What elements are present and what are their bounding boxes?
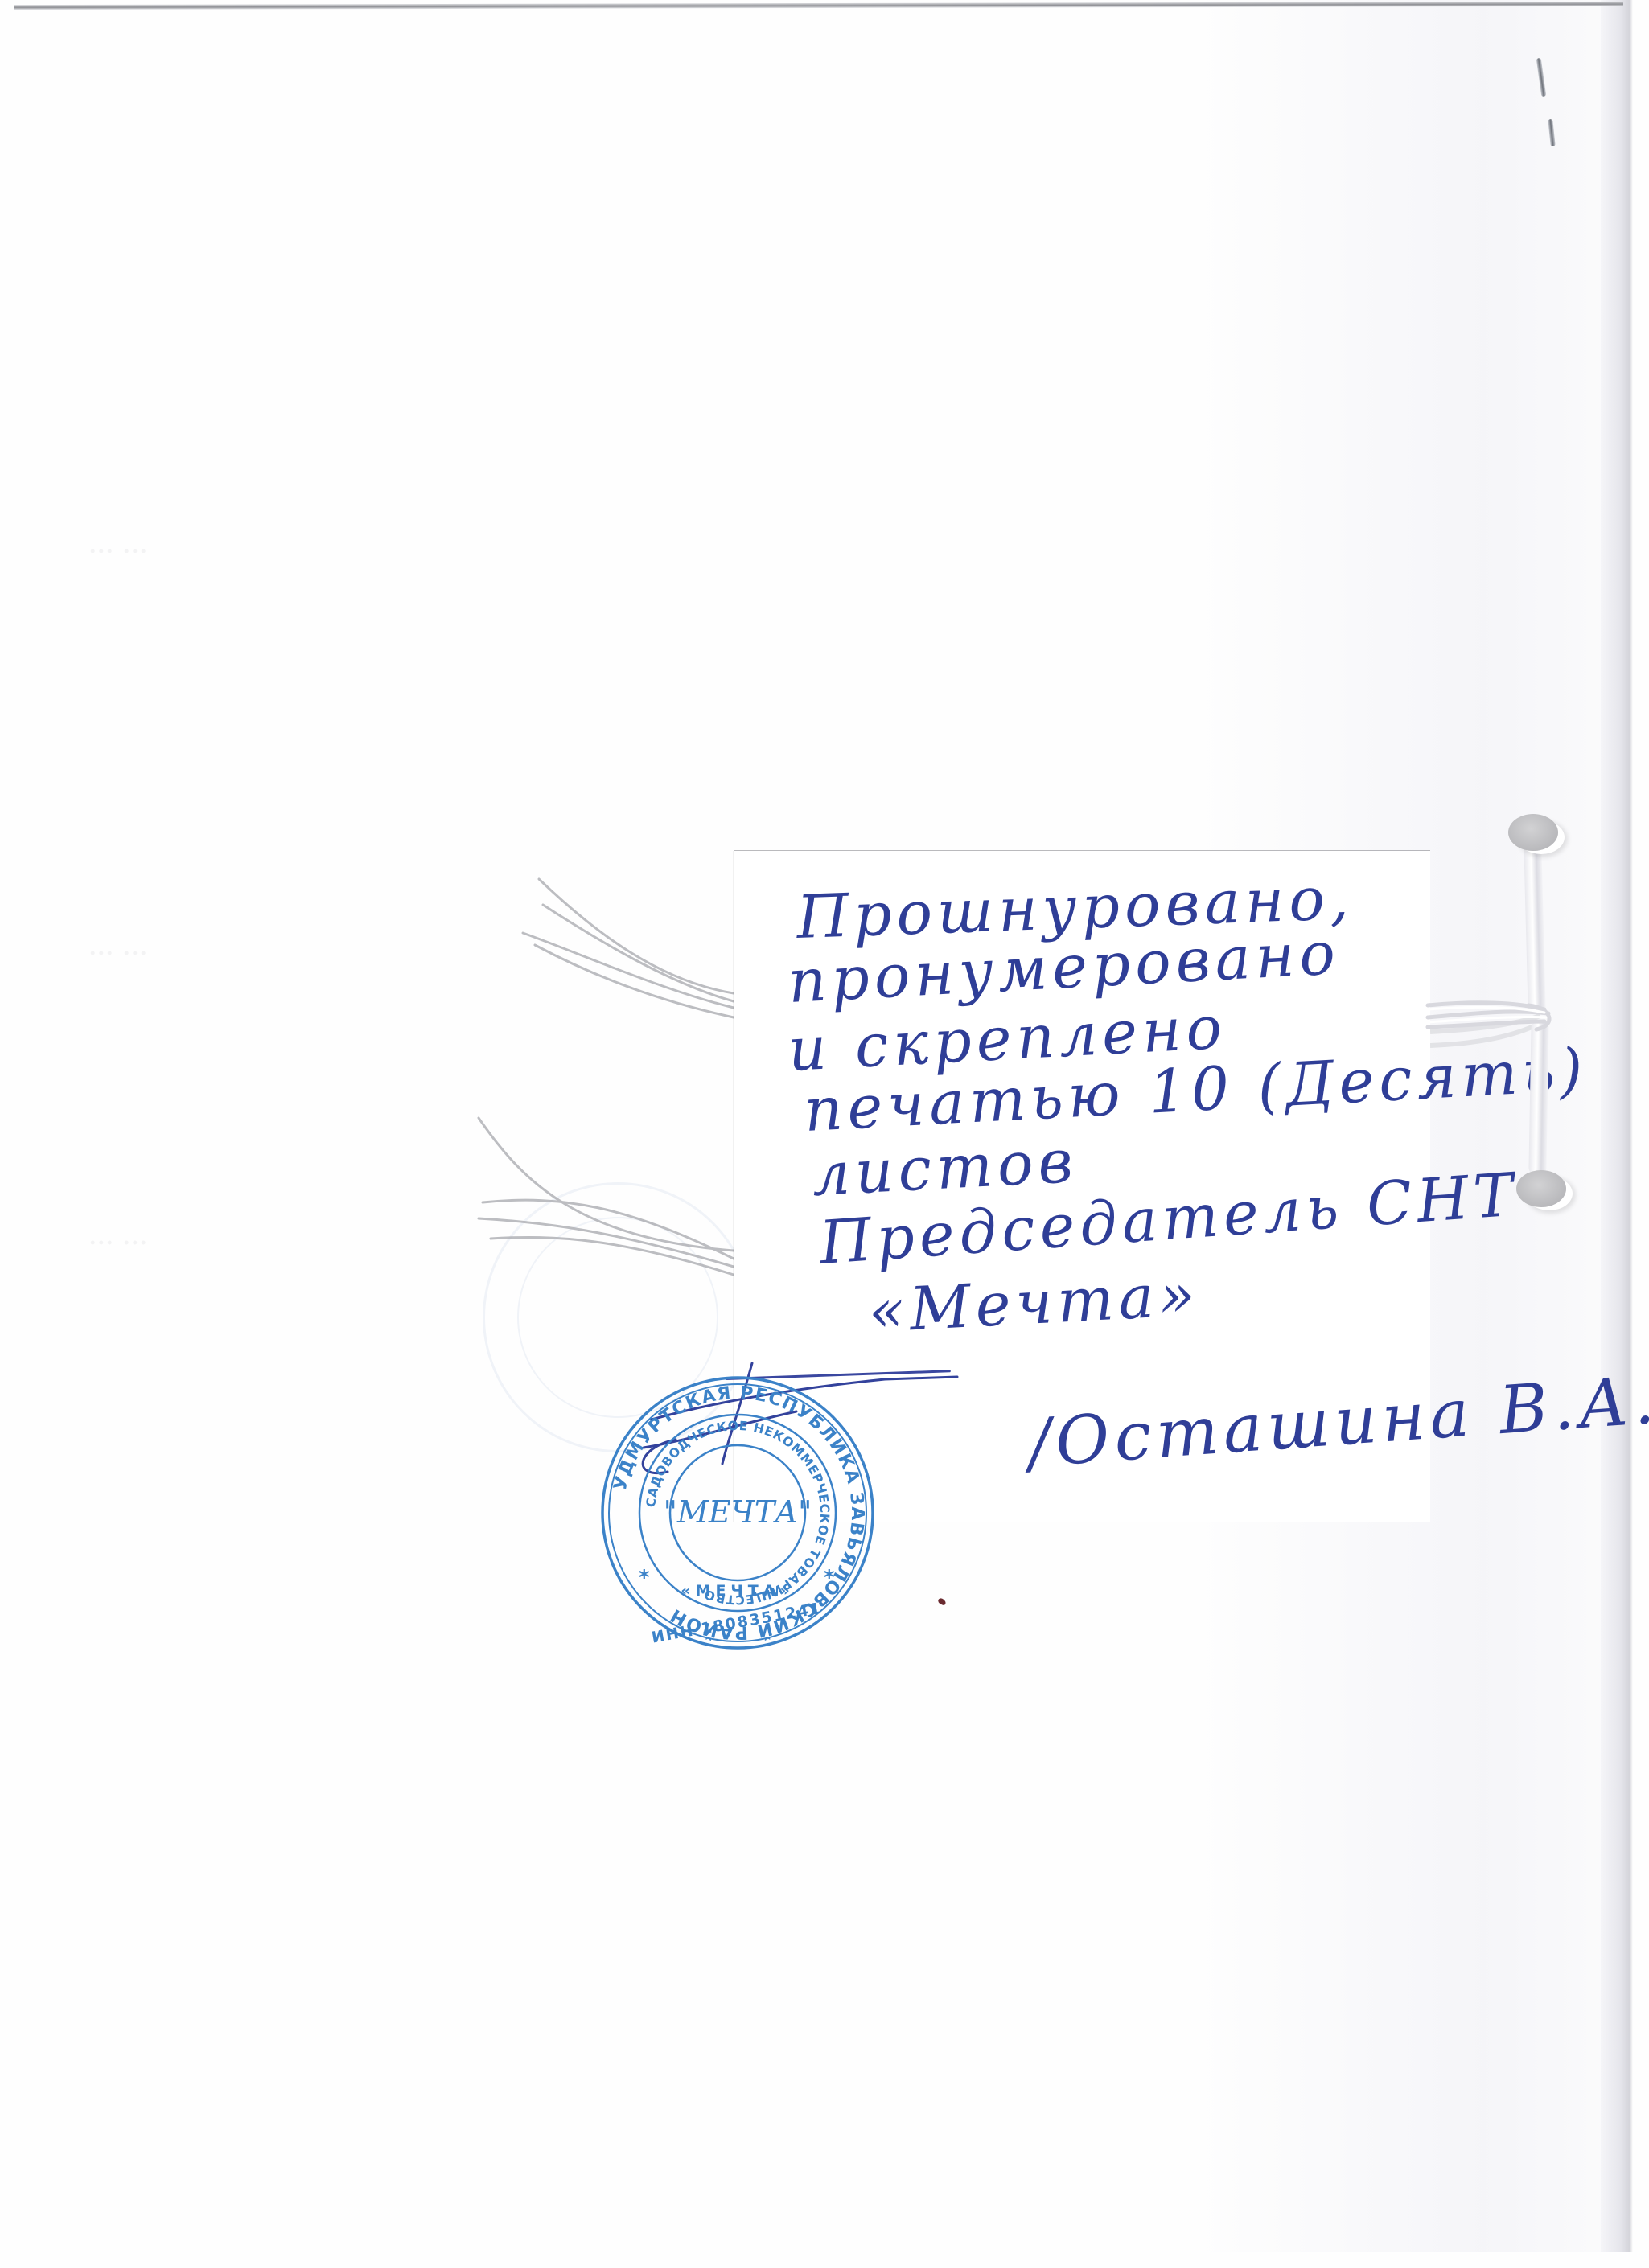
svg-text:*: *	[824, 1566, 835, 1590]
binding-thread-knot	[1424, 977, 1577, 1050]
binding-grommet-bottom-icon	[1516, 1170, 1566, 1207]
svg-text:"МЕЧТА": "МЕЧТА"	[663, 1494, 812, 1530]
seal-graphic: УДМУРТСКАЯ РЕСПУБЛИКА ЗАВЬЯЛОВСКИЙ РАЙОН…	[598, 1374, 877, 1652]
svg-text:«МЕЧТА»: «МЕЧТА»	[681, 1582, 794, 1600]
label-line-organization: «Мечта»	[866, 1260, 1201, 1346]
organization-seal: УДМУРТСКАЯ РЕСПУБЛИКА ЗАВЬЯЛОВСКИЙ РАЙОН…	[598, 1374, 877, 1652]
show-through-text: ... ...	[88, 1214, 148, 1253]
svg-text:*: *	[639, 1566, 650, 1590]
show-through-text: ... ...	[88, 523, 148, 561]
page-right-edge	[1601, 0, 1633, 2252]
show-through-text: ... ...	[88, 925, 148, 963]
scanned-page: ... ... ... ... ... ... Прошнуровано, пр…	[0, 0, 1649, 2268]
ink-speck	[937, 1597, 947, 1606]
binding-grommet-top-icon	[1508, 814, 1558, 851]
